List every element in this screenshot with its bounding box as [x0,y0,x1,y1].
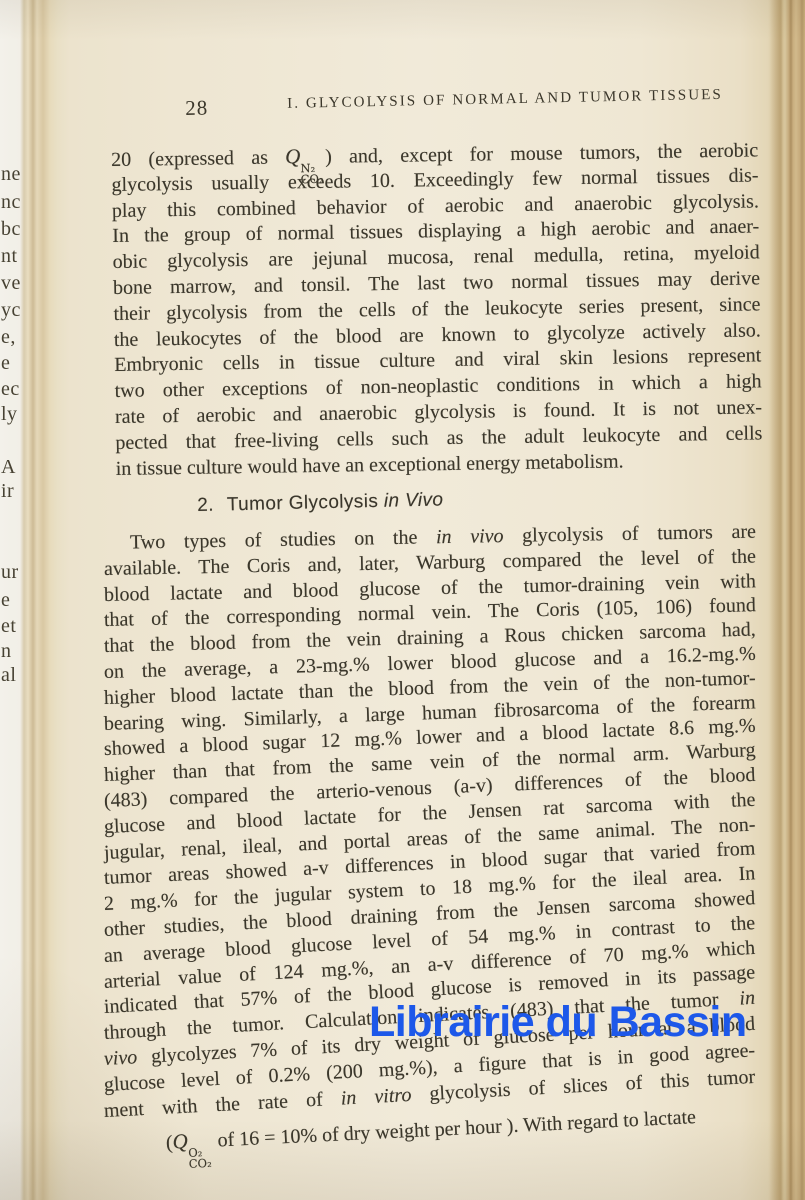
facing-page-text-fragment: et [1,615,22,638]
facing-page-text-fragment: ur [1,561,22,584]
facing-page-text-fragment: ly [1,403,22,426]
facing-page-text-fragment: yc [1,299,22,322]
page-edge [770,0,805,1200]
text-segment: 20 (expressed as [111,146,285,171]
facing-page-text-fragment: e [1,352,22,375]
book-page-photo: ne nc bc nt ve yc e, e ec ly A ir ur e e… [0,0,805,1200]
facing-page-text-fragment: e, [1,326,22,349]
facing-page-text-fragment: e [1,589,22,612]
facing-page-text-fragment: bc [1,218,22,241]
paragraph-2: Two types of studies on the in vivo glyc… [104,531,756,1159]
page-number: 28 [185,96,208,120]
facing-page-edge: ne nc bc nt ve yc e, e ec ly A ir ur e e… [0,0,22,1200]
facing-page-text-fragment: nc [1,191,22,214]
facing-page-text-fragment: nt [1,245,22,268]
section-heading: 2.Tumor Glycolysis in Vivo [197,489,444,517]
facing-page-text-fragment: ne [1,163,22,186]
facing-page-text-fragment: ir [1,480,22,503]
facing-page-text-fragment: n [1,640,22,663]
section-number: 2. [197,495,214,516]
running-title: I. GLYCOLYSIS OF NORMAL AND TUMOR TISSUE… [287,87,723,113]
watermark: Librairie du Bassin [369,998,747,1047]
paragraph-1: 20 (expressed as QN₂CO₂) and, except for… [111,137,763,482]
q-co2-o2-notation: QO₂CO₂ [172,1130,213,1154]
section-title: Tumor Glycolysis in Vivo [227,489,444,515]
q-co2-n2-notation: QN₂CO₂ [285,146,325,169]
q-subscript: CO₂ [189,1158,212,1169]
facing-page-text-fragment: al [1,664,22,687]
facing-page-text-fragment: A [1,456,22,479]
facing-page-text-fragment: ec [1,378,22,401]
page-header: 28 I. GLYCOLYSIS OF NORMAL AND TUMOR TIS… [185,85,705,121]
facing-page-text-fragment: ve [1,272,22,295]
